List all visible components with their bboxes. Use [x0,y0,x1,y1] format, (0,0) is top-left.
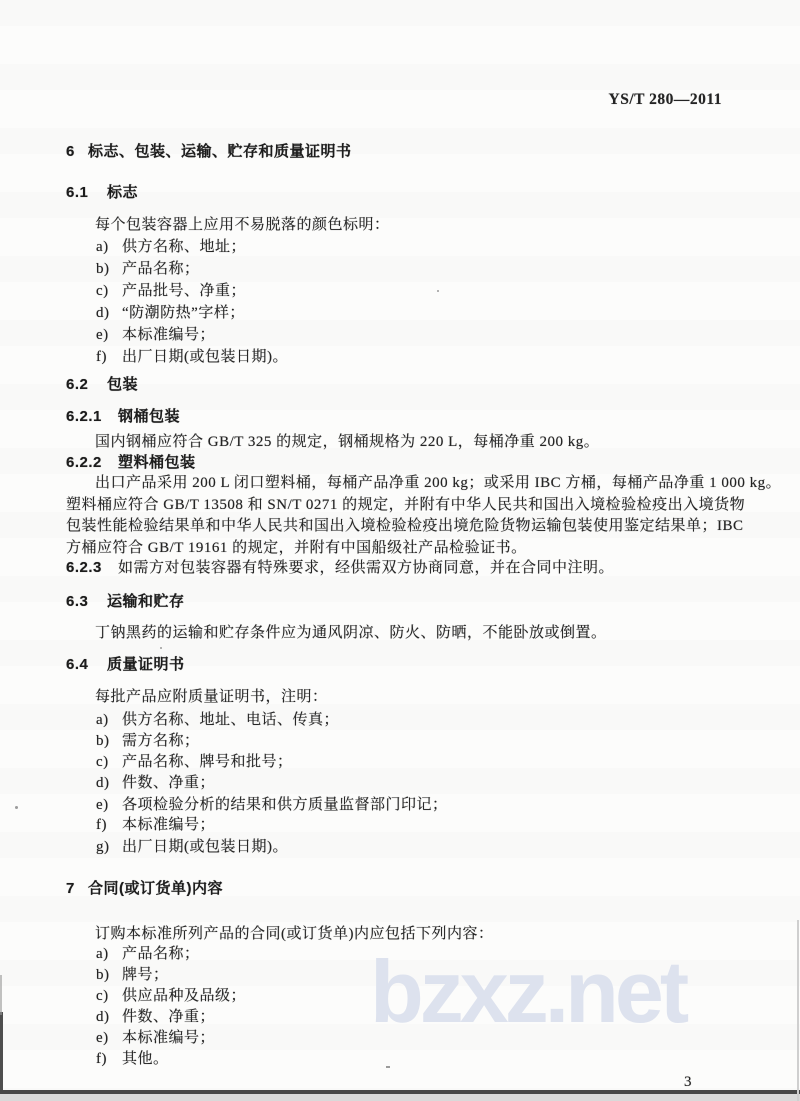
list-item-marker: e) [96,794,122,816]
list-item-text: 产品批号、净重； [122,283,246,299]
list-item-marker: c) [96,985,122,1007]
site-watermark: bzxz.net [370,948,685,1036]
list-item-marker: d) [96,1006,122,1028]
list-item-marker: c) [96,280,122,302]
list-item-marker: f) [96,1048,122,1070]
section-title: 包装 [107,376,138,393]
paragraph-line: 包装性能检验结果单和中华人民共和国出入境检验检疫出境危险货物运输包装使用鉴定结果… [66,515,744,537]
scan-right-edge-line [797,920,799,1101]
section-6-2-1-heading: 6.2.1钢桶包装 [66,406,180,428]
list-item-text: 产品名称； [122,261,200,277]
list-item: g)出厂日期(或包装日期)。 [96,836,288,858]
list-item-text: 出厂日期(或包装日期)。 [122,839,288,855]
list-item: f)本标准编号； [96,814,215,836]
clause-text: 如需方对包装容器有特殊要求，经供需双方协商同意，并在合同中注明。 [118,560,614,576]
section-number: 6.2 [66,374,107,396]
section-number: 6.1 [66,182,107,204]
list-item: d)“防潮防热”字样； [96,302,245,324]
list-item: e)本标准编号； [96,324,215,346]
section-title: 质量证明书 [107,656,185,673]
list-item: c)产品批号、净重； [96,280,246,302]
list-item-text: 需方名称； [122,733,200,749]
scan-speck [437,290,439,292]
list-item-text: 供方名称、地址、电话、传真； [122,712,339,728]
list-item-marker: g) [96,836,122,858]
section-6-heading: 6标志、包装、运输、贮存和质量证明书 [66,141,352,163]
list-item-text: 本标准编号； [122,817,215,833]
list-item-text: 出厂日期(或包装日期)。 [122,349,288,365]
list-item-text: 产品名称； [122,946,200,962]
paragraph: 每批产品应附质量证明书，注明： [95,686,328,708]
list-item-marker: a) [96,709,122,731]
section-title: 标志 [107,184,138,201]
list-item-marker: b) [96,964,122,986]
list-item-text: “防潮防热”字样； [122,305,245,321]
document-page: YS/T 280—2011 6标志、包装、运输、贮存和质量证明书 6.1标志 每… [0,0,800,1101]
paragraph: 国内钢桶应符合 GB/T 325 的规定，钢桶规格为 220 L，每桶净重 20… [95,431,599,453]
list-item-marker: e) [96,1027,122,1049]
list-item-text: 件数、净重； [122,775,215,791]
list-item: b)牌号； [96,964,169,986]
section-number: 6.2.3 [66,557,118,579]
list-item-marker: d) [96,302,122,324]
scan-bottom-edge-strip [0,1094,800,1101]
list-item: d)件数、净重； [96,1006,215,1028]
section-title: 运输和贮存 [107,593,185,610]
list-item-marker: d) [96,772,122,794]
list-item-marker: c) [96,751,122,773]
list-item: a)供方名称、地址； [96,236,246,258]
section-title: 标志、包装、运输、贮存和质量证明书 [88,143,352,160]
section-number: 6.3 [66,591,107,613]
paragraph: 丁钠黑药的运输和贮存条件应为通风阴凉、防火、防晒，不能卧放或倒置。 [95,622,607,644]
list-item: c)供应品种及品级； [96,985,246,1007]
list-item-marker: b) [96,730,122,752]
scan-speck [386,1066,390,1068]
list-item: c)产品名称、牌号和批号； [96,751,293,773]
scan-speck [160,647,162,649]
paragraph-line: 出口产品采用 200 L 闭口塑料桶，每桶产品净重 200 kg；或采用 IBC… [95,472,781,494]
list-item-text: 件数、净重； [122,1009,215,1025]
list-item: d)件数、净重； [96,772,215,794]
list-item: e)各项检验分析的结果和供方质量监督部门印记； [96,794,448,816]
list-item: f)其他。 [96,1048,169,1070]
section-title: 合同(或订货单)内容 [88,880,223,897]
section-number: 6.4 [66,654,107,676]
section-number: 7 [66,878,88,900]
section-number: 6.2.1 [66,406,118,428]
section-6-1-heading: 6.1标志 [66,182,138,204]
list-item: f)出厂日期(或包装日期)。 [96,346,288,368]
scan-left-edge-smudge [0,975,2,1015]
section-7-heading: 7合同(或订货单)内容 [66,878,223,900]
section-title: 塑料桶包装 [118,454,196,471]
list-item: e)本标准编号； [96,1027,215,1049]
scan-left-edge-mark [0,1012,3,1090]
list-item-text: 本标准编号； [122,327,215,343]
list-item-text: 本标准编号； [122,1030,215,1046]
section-title: 钢桶包装 [118,408,180,425]
section-6-2-heading: 6.2包装 [66,374,138,396]
scan-speck [15,806,18,809]
section-6-4-heading: 6.4质量证明书 [66,654,185,676]
list-item: a)供方名称、地址、电话、传真； [96,709,339,731]
paragraph-line: 方桶应符合 GB/T 19161 的规定，并附有中国船级社产品检验证书。 [66,537,527,559]
list-item: b)需方名称； [96,730,200,752]
list-item-text: 牌号； [122,967,169,983]
list-item-text: 其他。 [122,1051,169,1067]
list-item: a)产品名称； [96,943,200,965]
list-item-text: 供应品种及品级； [122,988,246,1004]
list-item: b)产品名称； [96,258,200,280]
list-item-marker: a) [96,236,122,258]
clause-6-2-3: 6.2.3如需方对包装容器有特殊要求，经供需双方协商同意，并在合同中注明。 [66,557,614,579]
section-6-2-2-heading: 6.2.2塑料桶包装 [66,452,196,474]
list-item-marker: b) [96,258,122,280]
list-item-marker: f) [96,814,122,836]
list-item-marker: f) [96,346,122,368]
paragraph: 每个包装容器上应用不易脱落的颜色标明： [95,214,390,236]
list-item-text: 各项检验分析的结果和供方质量监督部门印记； [122,797,448,813]
list-item-text: 供方名称、地址； [122,239,246,255]
section-number: 6 [66,141,88,163]
list-item-marker: e) [96,324,122,346]
standard-number: YS/T 280—2011 [609,89,722,111]
section-number: 6.2.2 [66,452,118,474]
paragraph-line: 塑料桶应符合 GB/T 13508 和 SN/T 0271 的规定，并附有中华人… [66,494,745,516]
list-item-text: 产品名称、牌号和批号； [122,754,293,770]
list-item-marker: a) [96,943,122,965]
section-6-3-heading: 6.3运输和贮存 [66,591,185,613]
